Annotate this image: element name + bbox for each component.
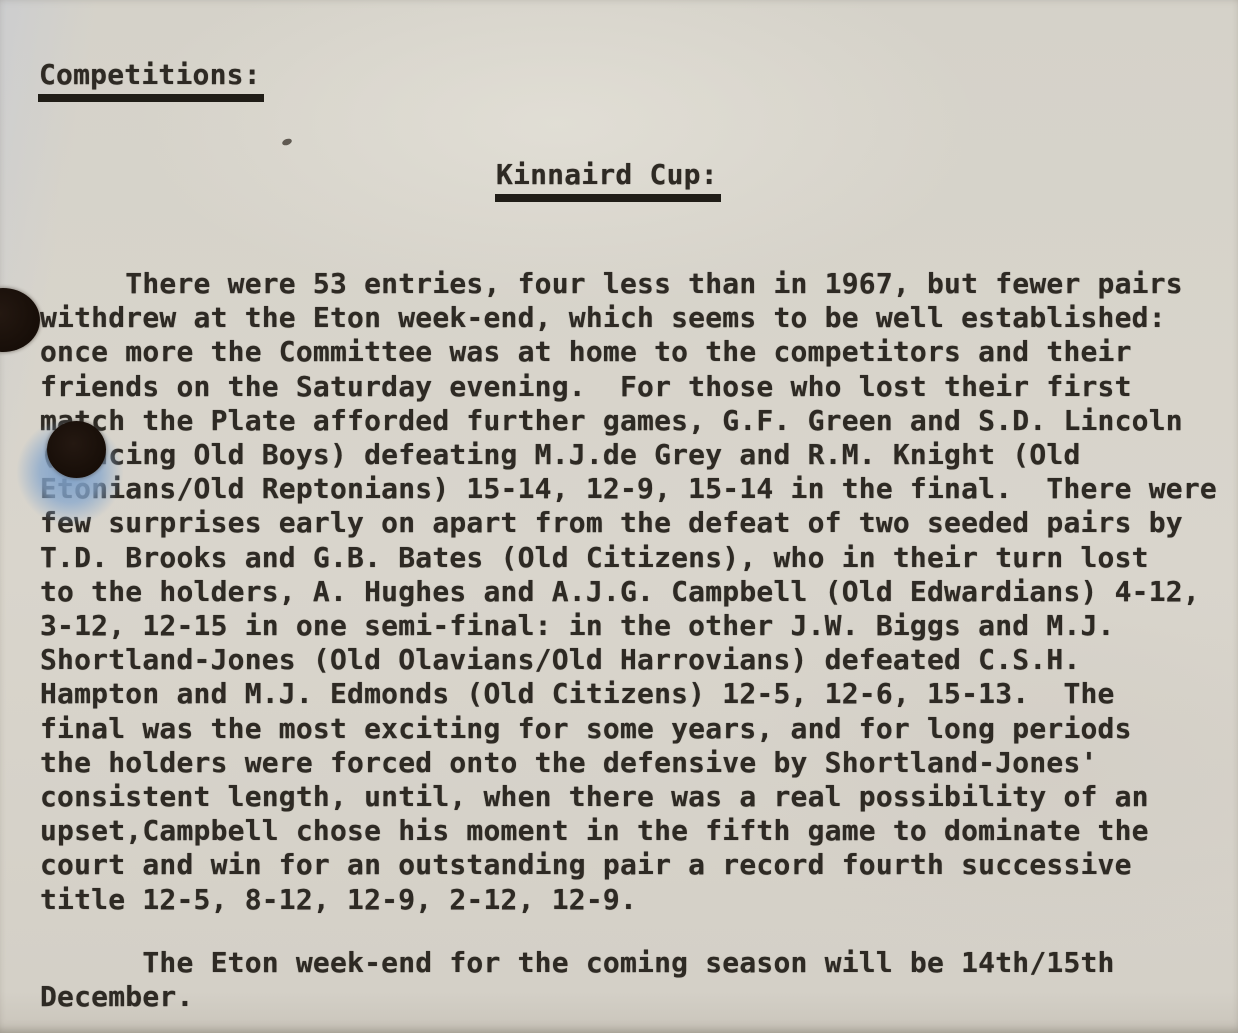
ink-speck [281,137,292,146]
text-line: match the Plate afforded further games, … [40,404,1238,438]
text-line: final was the most exciting for some yea… [40,712,1238,746]
text-line: 3-12, 12-15 in one semi-final: in the ot… [40,609,1238,643]
text-line: (Lancing Old Boys) defeating M.J.de Grey… [40,438,1238,472]
main-paragraph: There were 53 entries, four less than in… [40,267,1238,917]
text-line: The Eton week-end for the coming season … [40,946,1238,980]
closing-paragraph: The Eton week-end for the coming season … [40,946,1238,1014]
text-line: once more the Committee was at home to t… [40,335,1238,369]
punch-hole-top [0,288,40,352]
text-line: title 12-5, 8-12, 12-9, 2-12, 12-9. [40,883,1238,917]
section-heading: Competitions: [38,58,264,102]
text-line: friends on the Saturday evening. For tho… [40,370,1238,404]
page-title: Kinnaird Cup: [495,158,721,202]
text-line: Etonians/Old Reptonians) 15-14, 12-9, 15… [40,472,1238,506]
scanned-document-page: Competitions: Kinnaird Cup: There were 5… [0,0,1238,1033]
text-line: upset,Campbell chose his moment in the f… [40,814,1238,848]
text-line: withdrew at the Eton week-end, which see… [40,301,1238,335]
punch-hole-middle [47,421,106,478]
title-row: Kinnaird Cup: [40,158,1238,202]
text-line: T.D. Brooks and G.B. Bates (Old Citizens… [40,541,1238,575]
text-line: few surprises early on apart from the de… [40,506,1238,540]
text-line: Hampton and M.J. Edmonds (Old Citizens) … [40,677,1238,711]
text-line: consistent length, until, when there was… [40,780,1238,814]
text-line: court and win for an outstanding pair a … [40,848,1238,882]
section-heading-row: Competitions: [40,58,1238,102]
text-line: There were 53 entries, four less than in… [40,267,1238,301]
text-line: to the holders, A. Hughes and A.J.G. Cam… [40,575,1238,609]
text-line: December. [40,980,1238,1014]
text-line: Shortland-Jones (Old Olavians/Old Harrov… [40,643,1238,677]
text-line: the holders were forced onto the defensi… [40,746,1238,780]
